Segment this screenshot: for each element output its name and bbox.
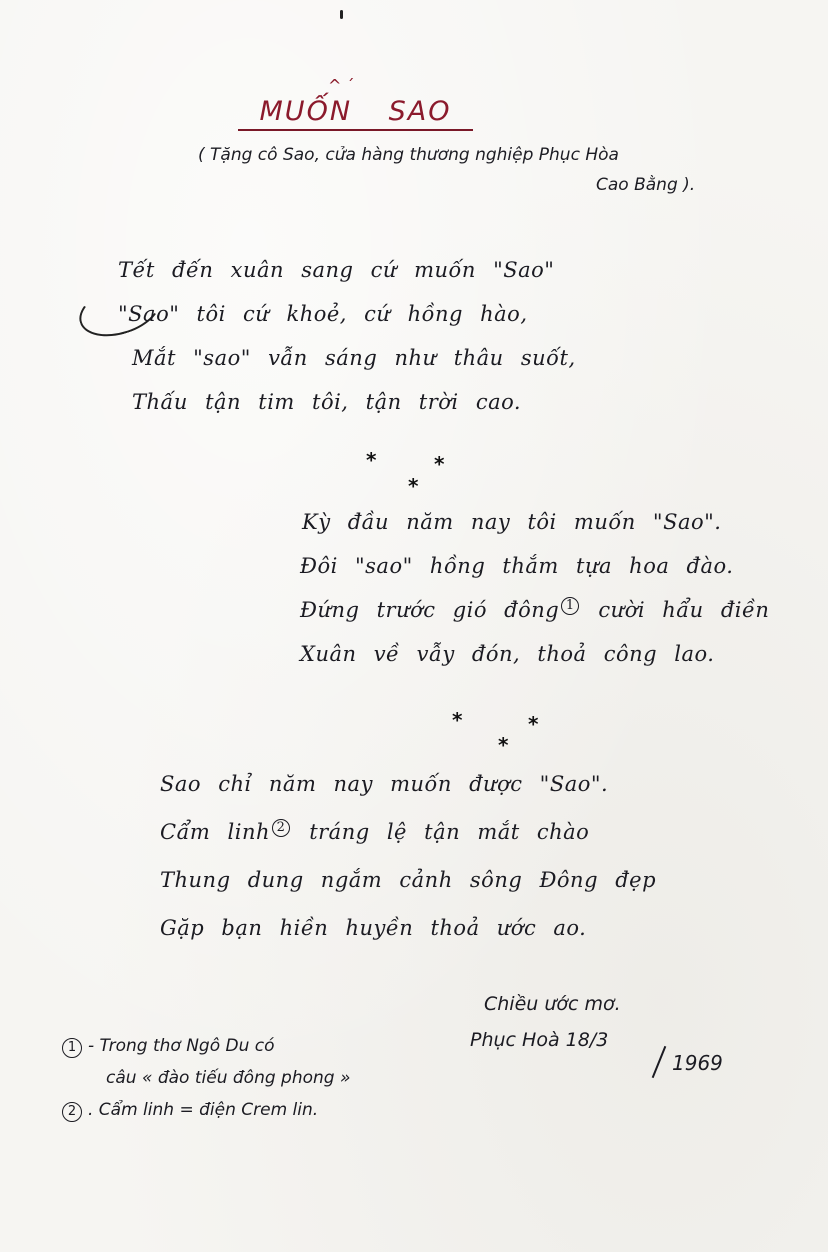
verse-text: tráng lệ tận mắt chào [309,820,589,844]
footnote-1-cont: câu « đào tiếu đông phong » [62,1062,350,1094]
dedication: ( Tặng cô Sao, cửa hàng thương nghiệp Ph… [198,140,818,200]
footnote-number: 1 [62,1038,82,1058]
verse-line: Gặp bạn hiền huyền thoả ước ao. [160,904,656,952]
star-icon: * [366,448,376,472]
ink-mark [340,10,343,19]
footnote-marker-1: 1 [561,597,579,615]
footnote-1: 1- Trong thơ Ngô Du có [62,1030,350,1062]
place-date: Phục Hoà 18/3 [470,1023,621,1057]
verse-line: Mắt "sao" vẫn sáng như thâu suốt, [118,336,576,380]
stanza-1: Tết đến xuân sang cứ muốn "Sao" "Sao" tô… [118,248,576,424]
verse-line: Sao chỉ năm nay muốn được "Sao". [160,760,656,808]
verse-line: Đứng trước gió đông1 cười hẩu điền [300,588,769,632]
signature-block: Chiều ước mơ. Phục Hoà 18/3 1969 [470,985,621,1057]
verse-line: Tết đến xuân sang cứ muốn "Sao" [118,248,576,292]
footnote-2: 2. Cẩm linh = điện Crem lin. [62,1094,350,1126]
star-icon: * [498,733,508,757]
verse-line: Thấu tận tim tôi, tận trời cao. [118,380,576,424]
stanza-2: Kỳ đầu năm nay tôi muốn "Sao". Đôi "sao"… [300,500,769,676]
stanza-3: Sao chỉ năm nay muốn được "Sao". Cẩm lin… [160,760,656,952]
footnote-text: . Cẩm linh = điện Crem lin. [88,1100,318,1120]
title-diacritic: ^ ´ [328,76,355,95]
verse-line: Cẩm linh2 tráng lệ tận mắt chào [160,808,656,856]
year: 1969 [672,1051,723,1075]
footnotes: 1- Trong thơ Ngô Du có câu « đào tiếu đô… [62,1030,350,1126]
poem-title: MUỐN SAO [238,96,473,131]
verse-text: Cẩm linh [160,820,270,844]
author-name: Chiều ước mơ. [470,985,621,1023]
star-icon: * [434,452,444,476]
footnote-number: 2 [62,1102,82,1122]
star-icon: * [528,712,538,736]
star-icon: * [408,474,418,498]
verse-line: Kỳ đầu năm nay tôi muốn "Sao". [300,500,769,544]
verse-line: "Sao" tôi cứ khoẻ, cứ hồng hào, [118,292,576,336]
verse-text: cười hẩu điền [598,598,769,622]
dedication-line-1: ( Tặng cô Sao, cửa hàng thương nghiệp Ph… [198,145,619,165]
verse-line: Thung dung ngắm cảnh sông Đông đẹp [160,856,656,904]
star-icon: * [452,708,462,732]
verse-text: Đứng trước gió đông [300,598,559,622]
footnote-text: - Trong thơ Ngô Du có [88,1036,275,1056]
dedication-line-2: Cao Bằng ). [198,170,818,200]
poem-header: ^ ´ MUỐN SAO [238,78,473,131]
verse-line: Xuân về vẫy đón, thoả công lao. [300,632,769,676]
footnote-marker-2: 2 [272,819,290,837]
verse-line: Đôi "sao" hồng thắm tựa hoa đào. [300,544,769,588]
